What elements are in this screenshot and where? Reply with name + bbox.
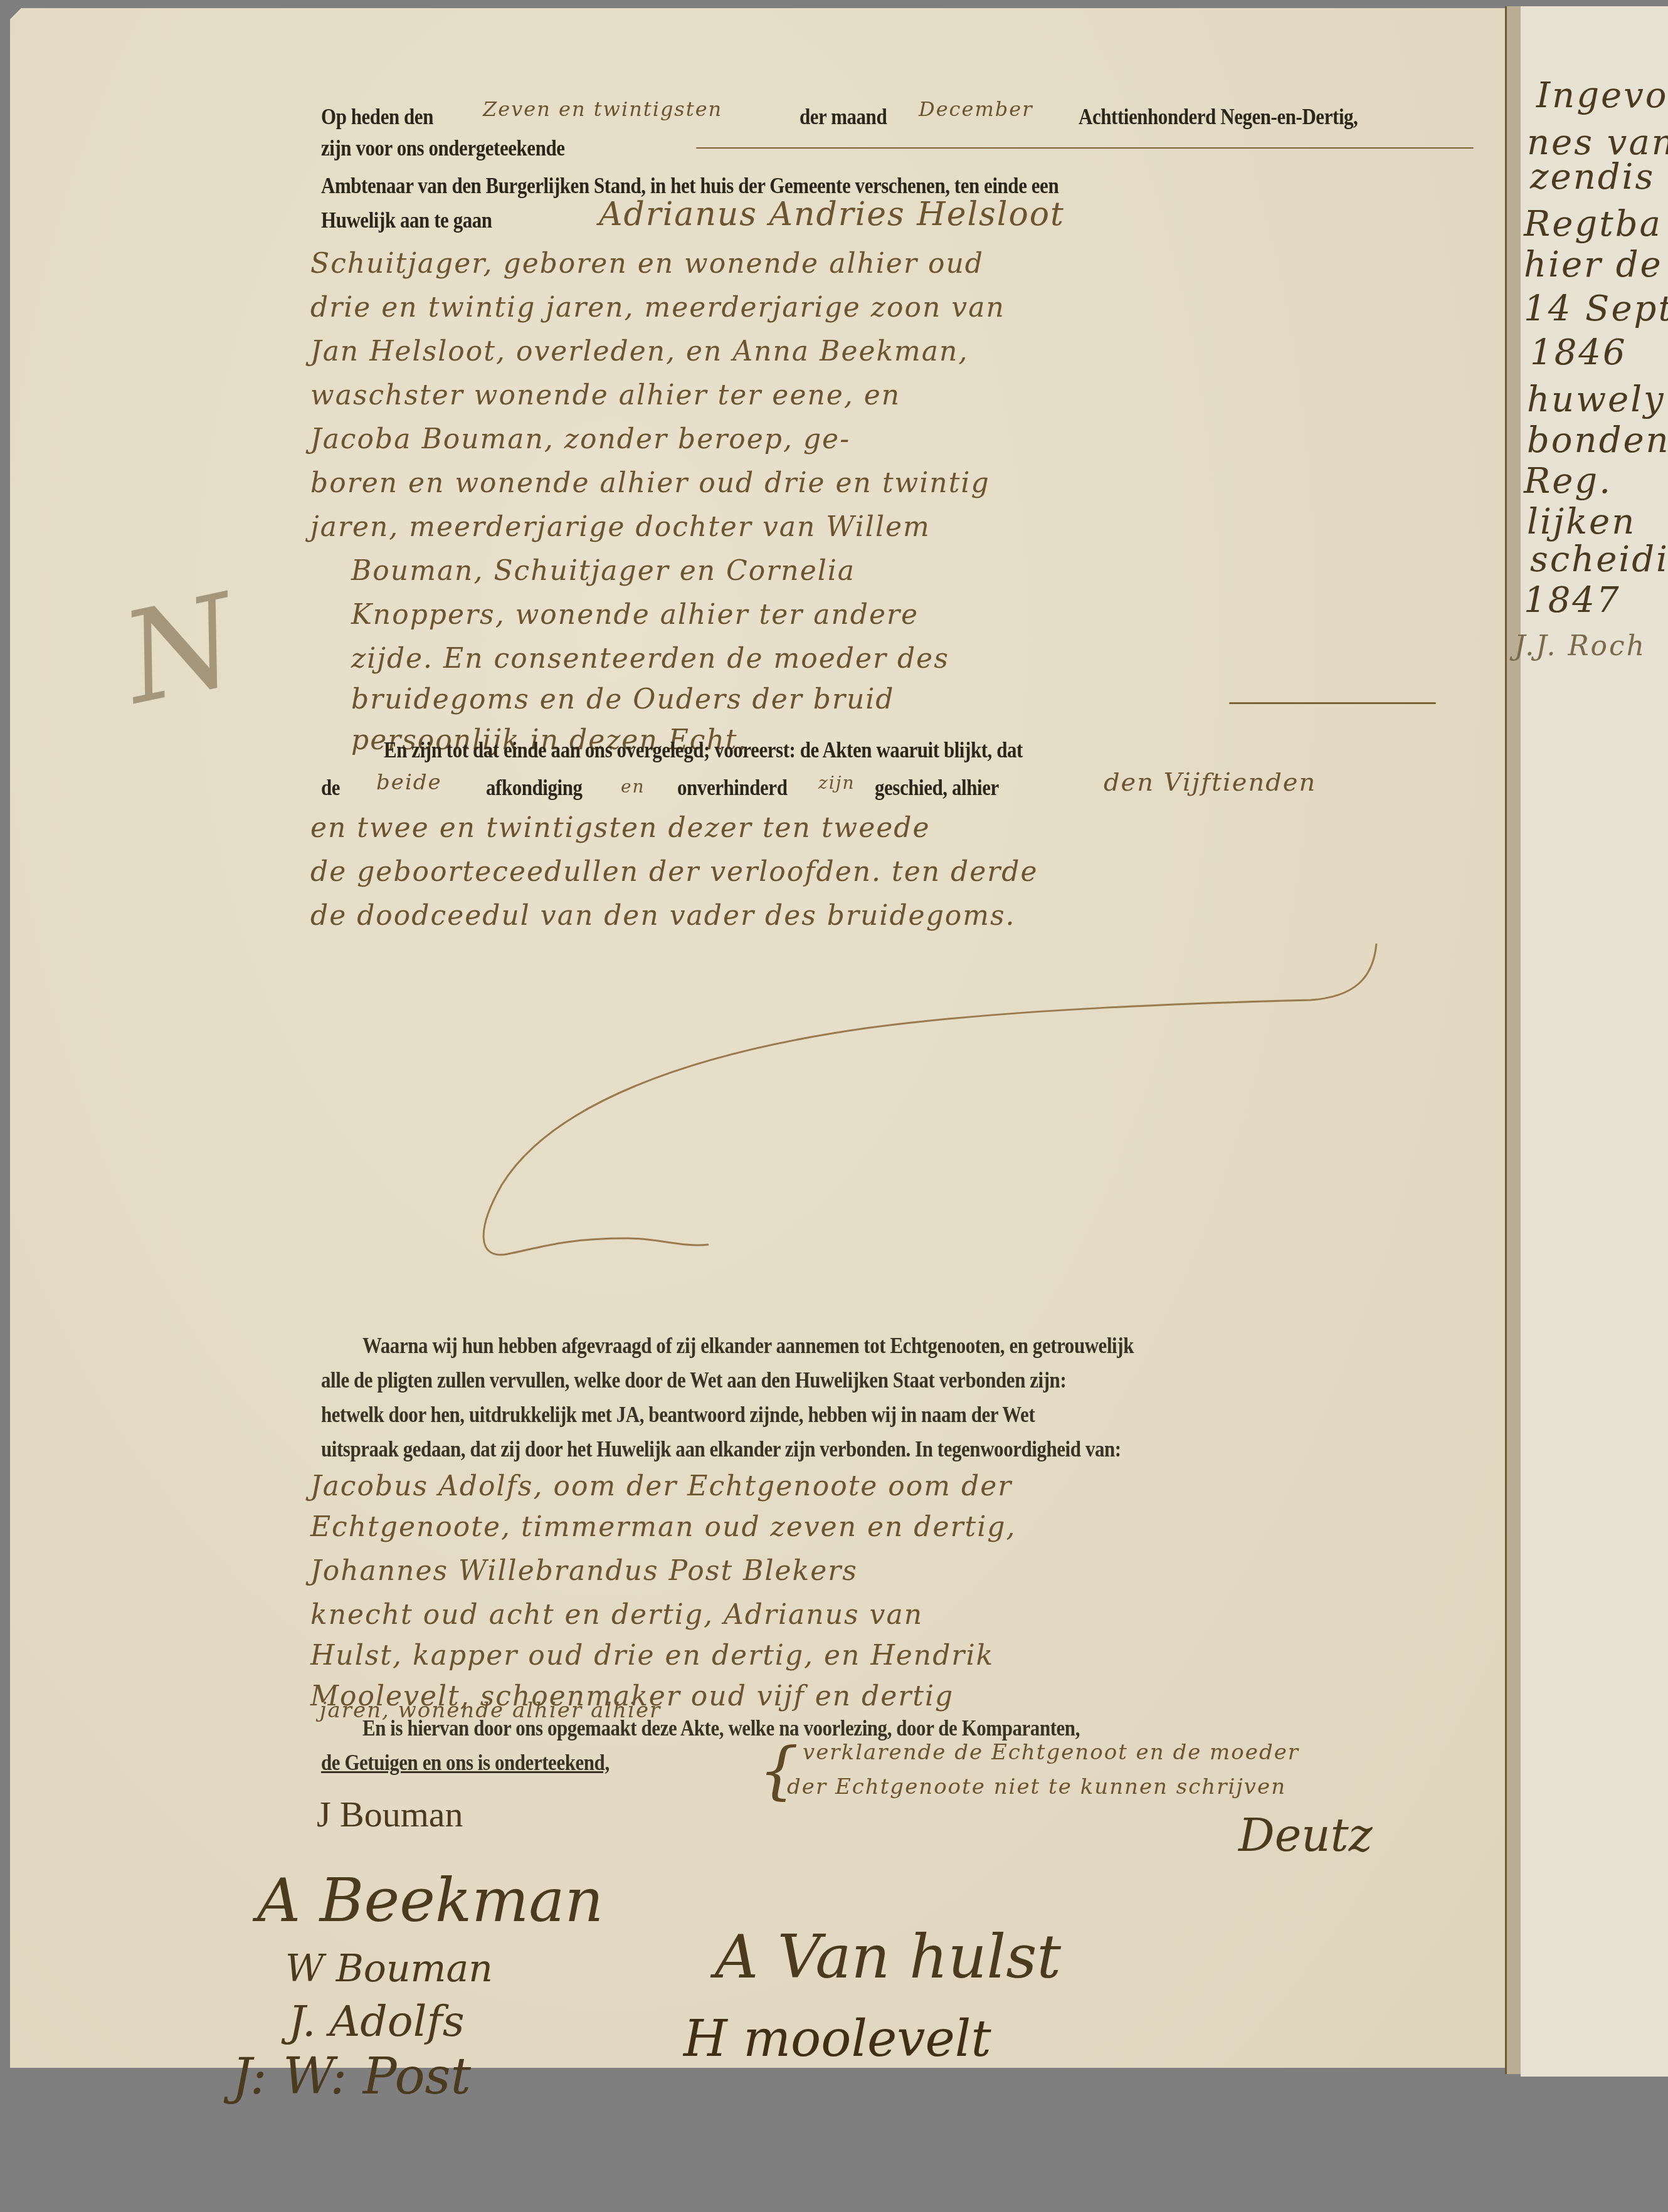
print-afkondiging: afkondiging (486, 774, 583, 801)
print-ambtenaar: Ambtenaar van den Burgerlijken Stand, in… (321, 172, 1058, 199)
hand-line: de geboorteceedullen der verloofden. ten… (310, 856, 1038, 888)
hand-groom-name: Adrianus Andries Helsloot (599, 196, 1065, 233)
print-line: En is hiervan door ons opgemaakt deze Ak… (362, 1715, 1080, 1741)
annotation-line: bonden (1527, 420, 1668, 461)
illiteracy-note: verklarende de Echtgenoot en de moeder (803, 1740, 1299, 1765)
hand-line: en twee en twintigsten dezer ten tweede (310, 812, 931, 844)
hand-day: Zeven en twintigsten (483, 97, 722, 121)
annotation-line: lijken (1527, 502, 1636, 542)
annotation-line: hier de (1524, 245, 1663, 285)
print-op-heden: Op heden den (321, 103, 433, 130)
hand-line: zijde. En consenteerden de moeder des (351, 643, 949, 675)
print-line: hetwelk door hen, uitdrukkelijk met JA, … (321, 1401, 1035, 1428)
annotation-line: 1847 (1524, 580, 1621, 621)
signature-witness: A Van hulst (715, 1922, 1061, 1992)
signature-official: Deutz (1238, 1809, 1373, 1862)
hand-en: en (621, 776, 645, 797)
print-year: Achttienhonderd Negen-en-Dertig, (1079, 103, 1358, 130)
hand-line: Jacoba Bouman, zonder beroep, ge- (310, 423, 850, 455)
hand-line: drie en twintig jaren, meerderjarige zoo… (310, 292, 1005, 324)
witness-line: knecht oud acht en dertig, Adrianus van (310, 1599, 923, 1631)
blank-line (696, 147, 1474, 149)
hand-line: boren en wonende alhier oud drie en twin… (310, 467, 990, 499)
hand-line: bruidegoms en de Ouders der bruid (351, 683, 895, 715)
hand-line: Knoppers, wonende alhier ter andere (351, 599, 919, 631)
hand-beide: beide (376, 770, 442, 795)
signature-witness: A Beekman (257, 1865, 603, 1935)
print-huwelijk: Huwelijk aan te gaan (321, 207, 492, 233)
annotation-line: Ingevo (1536, 75, 1668, 116)
annotation-line: Reg. (1524, 461, 1612, 502)
end-stroke (1229, 702, 1436, 704)
witness-line: Echtgenoote, timmerman oud zeven en dert… (310, 1511, 1016, 1543)
hand-zijn: zijn (818, 772, 855, 793)
print-line: Waarna wij hun hebben afgevraagd of zij … (362, 1332, 1134, 1359)
signature-bride: J Bouman (317, 1793, 463, 1835)
witness-line: Johannes Willebrandus Post Blekers (310, 1555, 858, 1587)
annotation-line: scheidin (1530, 539, 1668, 580)
book-gutter (1505, 6, 1523, 2074)
hand-line: jaren, meerderjarige dochter van Willem (310, 511, 931, 543)
annotation-line: 14 Sept (1524, 288, 1668, 329)
annotation-line: huwely (1527, 379, 1665, 420)
print-line: alle de pligten zullen vervullen, welke … (321, 1367, 1066, 1393)
signature-witness: W Bouman (285, 1947, 493, 1991)
witness-line: Hulst, kapper oud drie en dertig, en Hen… (310, 1640, 994, 1672)
hand-line: waschster wonende alhier ter eene, en (310, 379, 900, 411)
hand-line: de doodceedul van den vader des bruidego… (310, 900, 1016, 932)
witness-line: Jacobus Adolfs, oom der Echtgenoote oom … (310, 1470, 1012, 1502)
print-zijn-voor: zijn voor ons ondergeteekende (321, 135, 565, 161)
annotation-line: Regtba (1524, 204, 1662, 245)
print-line: de Getuigen en ons is onderteekend, (321, 1749, 610, 1776)
signature-witness: J. Adolfs (288, 1997, 465, 2046)
hand-line: Bouman, Schuitjager en Cornelia (351, 555, 855, 587)
print-de: de (321, 774, 340, 801)
signature-witness: H moolevelt (684, 2009, 991, 2068)
signature-witness: J: W: Post (232, 2047, 471, 2105)
hand-month: December (919, 97, 1033, 121)
annotation-line: 1846 (1530, 332, 1627, 373)
annotation-line: zendis (1530, 157, 1655, 197)
print-line: En zijn tot dat einde aan ons overgelegd… (384, 737, 1023, 763)
print-der-maand: der maand (800, 103, 887, 130)
print-onverhinderd: onverhinderd (677, 774, 787, 801)
hand-line: Schuitjager, geboren en wonende alhier o… (310, 248, 984, 280)
print-line: uitspraak gedaan, dat zij door het Huwel… (321, 1436, 1121, 1462)
annotation-line: J.J. Roch (1514, 630, 1646, 662)
hand-line: Jan Helsloot, overleden, en Anna Beekman… (310, 335, 968, 367)
illiteracy-note: der Echtgenoote niet te kunnen schrijven (787, 1774, 1286, 1799)
hand-date: den Vijftienden (1104, 768, 1316, 797)
print-geschied: geschied, alhier (875, 774, 999, 801)
